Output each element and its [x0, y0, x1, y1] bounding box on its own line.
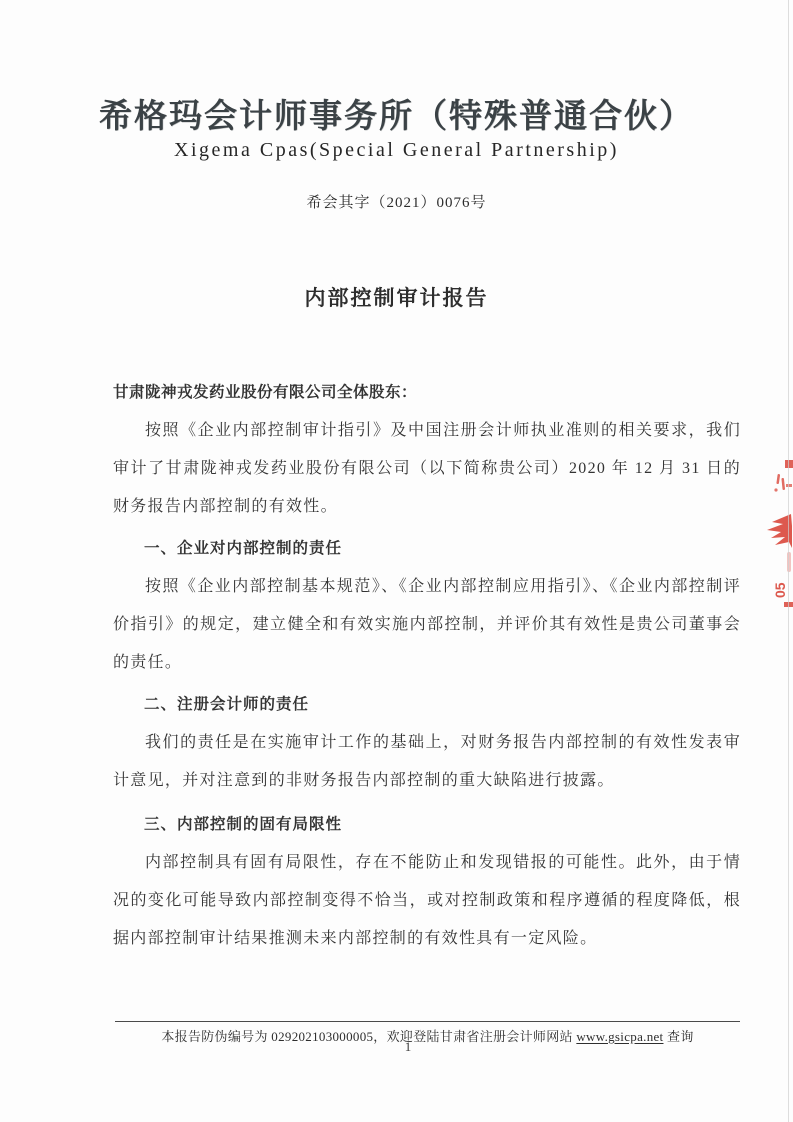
scanned-audit-report-page: 希格玛会计师事务所（特殊普通合伙） Xigema Cpas(Special Ge… [0, 0, 793, 1122]
section-3-heading: 三、内部控制的固有局限性 [113, 806, 741, 844]
section-1-heading: 一、企业对内部控制的责任 [113, 530, 741, 568]
seal-number-text: 05 [772, 582, 788, 598]
firm-name-english: Xigema Cpas(Special General Partnership) [0, 139, 793, 162]
anti-counterfeit-prefix: 本报告防伪编号为 029202103000005，欢迎登陆甘肃省注册会计师网站 [161, 1029, 576, 1044]
scan-edge-line [788, 0, 789, 1122]
section-1-body: 按照《企业内部控制基本规范》、《企业内部控制应用指引》、《企业内部控制评价指引》… [113, 568, 741, 682]
report-body: 甘肃陇神戎发药业股份有限公司全体股东： 按照《企业内部控制审计指引》及中国注册会… [113, 374, 741, 958]
intro-paragraph: 按照《企业内部控制审计指引》及中国注册会计师执业准则的相关要求，我们审计了甘肃陇… [113, 412, 741, 526]
page-number: 1 [405, 1039, 412, 1055]
document-reference-number: 希会其字（2021）0076号 [0, 191, 793, 212]
anti-counterfeit-note: 本报告防伪编号为 029202103000005，欢迎登陆甘肃省注册会计师网站 … [115, 1026, 740, 1045]
website-link: www.gsicpa.net [576, 1029, 663, 1044]
section-3-body: 内部控制具有固有局限性，存在不能防止和发现错报的可能性。此外，由于情况的变化可能… [113, 844, 741, 958]
section-2-body: 我们的责任是在实施审计工作的基础上，对财务报告内部控制的有效性发表审计意见，并对… [113, 724, 741, 800]
salutation: 甘肃陇神戎发药业股份有限公司全体股东： [113, 374, 741, 412]
firm-name-chinese: 希格玛会计师事务所（特殊普通合伙） [0, 90, 793, 137]
report-title: 内部控制审计报告 [0, 282, 793, 312]
section-2-heading: 二、注册会计师的责任 [113, 686, 741, 724]
footer-divider [115, 1021, 740, 1022]
anti-counterfeit-suffix: 查询 [663, 1029, 693, 1044]
